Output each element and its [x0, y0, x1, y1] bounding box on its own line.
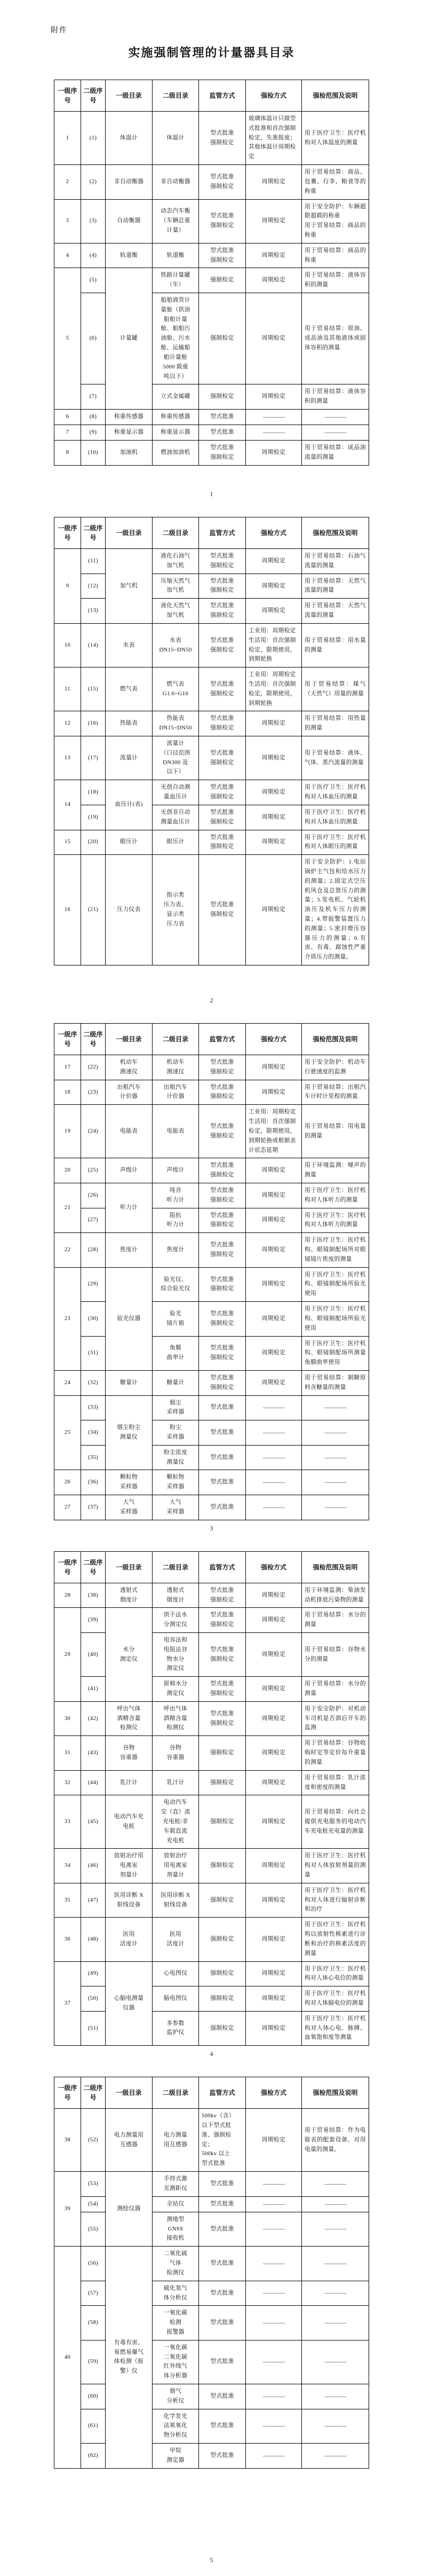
table-cell: 机动车 测速仪 [153, 1055, 199, 1080]
table-cell: (18) [81, 780, 106, 805]
table-cell: 用于贸易结算：水分的测量 [302, 1677, 369, 1702]
table-cell: 21 [54, 1183, 81, 1232]
table-cell: 用于医疗卫生：医疗机构对人体听力的测量 [302, 1208, 369, 1233]
table-cell: ———— [246, 1395, 302, 1420]
table-cell: 透射式 烟度计 [106, 1583, 153, 1608]
table-cell: ———— [302, 2281, 369, 2306]
table-cell: 声级计 [153, 1158, 199, 1183]
table-cell: 20 [54, 1158, 81, 1183]
table-cell: 强制检定 [199, 2011, 246, 2045]
table-cell: 用于医疗卫生：医疗机构对人体眼压的测量 [302, 830, 369, 855]
header-row: 一级序号二级序号一级目录二级目录监管方式强检方式强检范围及说明 [54, 80, 369, 112]
table-cell: ———— [302, 2340, 369, 2384]
table-cell: 用于环境监测：柴油发动机排放污染物的测量 [302, 1583, 369, 1608]
table-cell: 型式批准 强制检定 [199, 1677, 246, 1702]
table-row: (50)脑电图仪强制检定周期检定用于医疗卫生：医疗机构对人体脑电位的测量 [54, 1986, 369, 2012]
table-cell: (56) [81, 2247, 106, 2281]
table-row: 17(22)机动车 测速仪机动车 测速仪型式批准 强制检定周期检定用于安全防护：… [54, 1055, 369, 1080]
table-cell: 型式批准 [199, 2172, 246, 2197]
table-cell: 电容法和 电阻法谷 物水分 测定仪 [153, 1632, 199, 1676]
table-cell: 型式批准 强制检定 [199, 1158, 246, 1183]
table-cell: 自动衡器 [106, 199, 153, 243]
table-cell: 用于医疗卫生：医疗机构对人体脑电位的测量 [302, 1986, 369, 2012]
table-row: 6(8)称重传感器称重传感器型式批准———————— [54, 409, 369, 425]
table-cell: (14) [81, 623, 106, 667]
attachment-label: 附件 [0, 25, 423, 35]
table-cell: 动态汽车衡 （车辆总重 计量） [153, 199, 199, 243]
column-header: 二级目录 [153, 1551, 199, 1583]
table-cell: 16 [54, 855, 81, 965]
table-cell: (35) [81, 1445, 106, 1470]
table-cell: 13 [54, 736, 81, 780]
document: 附件 实施强制管理的计量器具目录 一级序号二级序号一级目录二级目录监管方式强检方… [0, 0, 423, 2572]
table-cell: 型式批准 强制检定 [199, 1183, 246, 1208]
table-row: 10(14)水表水表 DN15~DN50型式批准 强制检定工业用：周期检定 生活… [54, 623, 369, 667]
table-cell: ———— [302, 1495, 369, 1520]
table-cell: (62) [81, 2444, 106, 2469]
table-cell: 体温计 [153, 112, 199, 165]
table-cell: 眼压计 [106, 830, 153, 855]
table-cell: 用于贸易结算：天然气流量的测量 [302, 574, 369, 599]
table-cell: 周期检定 [246, 1701, 302, 1735]
table-row: 32(44)乳汁计乳汁计强制检定周期检定用于贸易结算：乳汁浓度和密度的测量 [54, 1770, 369, 1795]
table-cell: 眼压计 [153, 830, 199, 855]
table-cell: (57) [81, 2281, 106, 2306]
table-cell: 35 [54, 1883, 81, 1917]
table-cell: (22) [81, 1055, 106, 1080]
column-header: 监管方式 [199, 517, 246, 549]
table-cell: 用于医疗卫生：医疗机构对人体血压的测量 [302, 805, 369, 830]
page-number: 4 [0, 2046, 423, 2066]
table-cell: 燃气表 [106, 667, 153, 711]
column-header: 一级序号 [54, 2077, 81, 2109]
table-row: 19(24)电能表电能表型式批准 强制检定工业用：周期检定 生活用：首次强制检定… [54, 1105, 369, 1158]
table-cell: ———— [246, 2281, 302, 2306]
table-cell: 5 [54, 268, 81, 410]
table-cell: 大气 采样器 [153, 1495, 199, 1520]
table-cell: (28) [81, 1233, 106, 1267]
table-cell: ———— [246, 1420, 302, 1446]
table-cell: 用于贸易结算：谷物收购时定等定价每升重量的测量 [302, 1736, 369, 1770]
table-cell: 强制检定 [199, 1770, 246, 1795]
table-cell: 船舶液货计 量舱（供油 船舶计量 舱、船舶污 油舱、污水 舱、运输船 舶计量舱 … [153, 293, 199, 384]
table-cell: ———— [302, 1420, 369, 1446]
table-cell: 型式批准 [199, 1395, 246, 1420]
table-cell: 用于贸易结算：用电量的测量 [302, 1105, 369, 1158]
table-cell: 周期检定 [246, 780, 302, 805]
table-cell: 周期检定 [246, 1883, 302, 1917]
table-cell: ———— [246, 1470, 302, 1495]
table-cell: 心电图仪 [153, 1961, 199, 1986]
table-row: 26(36)颗粒物 采样器颗粒物 采样器型式批准———————— [54, 1470, 369, 1495]
table-cell: 型式批准 强制检定 [199, 599, 246, 624]
table-cell: 型式批准 强制检定 [199, 1370, 246, 1395]
column-header: 二级序号 [81, 517, 106, 549]
table-cell: 型式批准 强制检定 [199, 1055, 246, 1080]
table-cell: 医用诊断 X 射线设备 [106, 1883, 153, 1917]
table-cell: 型式批准 强制检定 [199, 855, 246, 965]
table-cell: (1) [81, 112, 106, 165]
table-row: 9(11)加气机液化石油气 加气机型式批准 强制检定周期检定用于贸易结算：石油气… [54, 549, 369, 574]
table-cell: 周期检定 [246, 1208, 302, 1233]
table-cell: 烟气 分析仪 [153, 2384, 199, 2409]
table-cell: 谷物 容重器 [106, 1736, 153, 1770]
table-cell: 用于医疗卫生：医疗机构对人体放射剂量的测量 [302, 1849, 369, 1883]
column-header: 强检范围及说明 [302, 2077, 369, 2109]
table-cell: (50) [81, 1986, 106, 2012]
table-cell: 加气机 [106, 549, 153, 624]
table-row: 31(43)谷物 容重器谷物 容重器强制检定周期检定用于贸易结算：谷物收购时定等… [54, 1736, 369, 1770]
table-cell: 脑电图仪 [153, 1986, 199, 2012]
table-row: (41)原棉水分 测定仪型式批准 强制检定周期检定用于贸易结算：水分的测量 [54, 1677, 369, 1702]
table-cell: (19) [81, 805, 106, 830]
table-cell: 强制检定 [199, 1795, 246, 1849]
table-cell: 30 [54, 1701, 81, 1735]
table-cell: 用于医疗卫生：医疗机构、眼镜制配场所对眼镜镜片焦度的测量 [302, 1233, 369, 1267]
table-cell: 电动汽车 交（直）流 充电桩/非 车载直流 充电机 [153, 1795, 199, 1849]
column-header: 一级序号 [54, 80, 81, 112]
table-cell: ———— [246, 2172, 302, 2197]
table-cell: 型式批准 强制检定 [199, 667, 246, 711]
table-cell: ———— [246, 2306, 302, 2340]
table-cell: 周期检定 [246, 1302, 302, 1336]
table-cell: 型式批准 强制检定 [199, 1583, 246, 1608]
column-header: 二级目录 [153, 1024, 199, 1055]
page-3: 一级序号二级序号一级目录二级目录监管方式强检方式强检范围及说明17(22)机动车… [0, 1012, 423, 1541]
table-cell: ———— [246, 2409, 302, 2443]
table-cell: (37) [81, 1495, 106, 1520]
table-cell: 周期检定 [246, 1608, 302, 1633]
table-cell: (3) [81, 199, 106, 243]
table-cell: 颗粒物 采样器 [106, 1470, 153, 1495]
table-cell: 无创非自动 测量血压计 [153, 805, 199, 830]
table-cell: ———— [246, 2196, 302, 2212]
table-cell: 测绘仪器 [106, 2172, 153, 2247]
column-header: 二级目录 [153, 2077, 199, 2109]
table-cell: (30) [81, 1302, 106, 1336]
catalog-table: 一级序号二级序号一级目录二级目录监管方式强检方式强检范围及说明9(11)加气机液… [54, 517, 369, 965]
table-cell: 周期检定 [246, 1918, 302, 1961]
table-cell: 28 [54, 1583, 81, 1608]
column-header: 监管方式 [199, 80, 246, 112]
table-cell: (40) [81, 1632, 106, 1676]
table-cell: 轨道衡 [153, 243, 199, 268]
table-cell: 粉尘浓度 测量仪 [153, 1445, 199, 1470]
table-cell: 周期检定 [246, 268, 302, 293]
catalog-table: 一级序号二级序号一级目录二级目录监管方式强检方式强检范围及说明28(38)透射式… [54, 1551, 369, 2046]
catalog-table: 一级序号二级序号一级目录二级目录监管方式强检方式强检范围及说明17(22)机动车… [54, 1023, 369, 1520]
table-cell: 34 [54, 1849, 81, 1883]
table-cell: (26) [81, 1183, 106, 1208]
table-row: (61)化学发光 法氮氧化 物分析仪型式批准———————— [54, 2409, 369, 2443]
table-row: (40)电容法和 电阻法谷 物水分 测定仪型式批准 强制检定周期检定用于贸易结算… [54, 1632, 369, 1676]
column-header: 二级序号 [81, 80, 106, 112]
header-row: 一级序号二级序号一级目录二级目录监管方式强检方式强检范围及说明 [54, 1551, 369, 1583]
page-number: 1 [0, 486, 423, 506]
table-cell: 手持式激 光测距仪 [153, 2172, 199, 2197]
column-header: 一级序号 [54, 517, 81, 549]
table-row: 40(56)有毒有害、 易燃易爆气 体检测（报 警）仪二氧化硫 气体 检测仪型式… [54, 2247, 369, 2281]
table-cell: 型式批准 强制检定 [199, 830, 246, 855]
table-cell: 指示类 压力表、 显示类 压力表 [153, 855, 199, 965]
table-cell: 26 [54, 1470, 81, 1495]
table-row: 38(52)电力测量用 互感器电力测量 用互感器500kv（含） 以下型式批 准… [54, 2109, 369, 2172]
page-title: 实施强制管理的计量器具目录 [0, 44, 423, 60]
table-cell: ———— [302, 2306, 369, 2340]
table-cell: 电动汽车充 电桩 [106, 1795, 153, 1849]
table-cell: ———— [302, 2384, 369, 2409]
table-cell: 呼出气体 酒精含量 检测仪 [153, 1701, 199, 1735]
table-cell: (11) [81, 549, 106, 574]
table-cell: 型式批准 强制检定 [199, 165, 246, 199]
table-cell: 强制检定 [199, 1883, 246, 1917]
table-row: 18(23)出租汽车 计价器出租汽车 计价器型式批准 强制检定周期检定用于贸易结… [54, 1080, 369, 1105]
table-cell: 称重显示器 [106, 425, 153, 441]
table-cell: 心脑电测量 仪器 [106, 1961, 153, 2046]
table-cell: 强制检定 [199, 1736, 246, 1770]
column-header: 强检范围及说明 [302, 1551, 369, 1583]
table-cell: 用于贸易结算：液体容积的测量 [302, 268, 369, 293]
table-cell: 烟尘 采样器 [153, 1395, 199, 1420]
table-cell: 热能表 [106, 711, 153, 736]
column-header: 二级目录 [153, 80, 199, 112]
table-cell: 全站仪 [153, 2196, 199, 2212]
table-cell: (60) [81, 2384, 106, 2409]
table-cell: 压力仪表 [106, 855, 153, 965]
table-row: 14(18)血压计(表)无创自动测 量血压计型式批准 强制检定周期检定用于医疗卫… [54, 780, 369, 805]
table-row: 12(16)热能表热能表 DN15~DN50型式批准 强制检定周期检定用于贸易结… [54, 711, 369, 736]
table-cell: 周期检定 [246, 2109, 302, 2172]
table-row: 8(10)加油机燃油加油机型式批准 强制检定周期检定用于贸易结算：成品油流量的测… [54, 441, 369, 466]
table-cell: 型式批准 强制检定 [199, 1632, 246, 1676]
table-cell: (61) [81, 2409, 106, 2443]
table-cell: ———— [302, 2409, 369, 2443]
table-cell: ———— [246, 2212, 302, 2246]
table-cell: 用于安全防护：机动车行驶速度的监测 [302, 1055, 369, 1080]
table-cell: (21) [81, 855, 106, 965]
table-cell: (54) [81, 2196, 106, 2212]
table-cell: 用于医疗卫生：医疗机构以放射性核素进行诊断和治疗的核素活度的测量 [302, 1918, 369, 1961]
table-cell: (42) [81, 1701, 106, 1735]
table-cell: 型式批准 [199, 2196, 246, 2212]
table-row: 11(15)燃气表燃气表 G1.6~G16型式批准 强制检定工业用：周期检定 生… [54, 667, 369, 711]
table-cell: ———— [302, 2172, 369, 2197]
table-cell: 称重显示器 [153, 425, 199, 441]
table-cell: 周期检定 [246, 243, 302, 268]
table-cell: (43) [81, 1736, 106, 1770]
table-cell: 焦度计 [153, 1233, 199, 1267]
column-header: 强检方式 [246, 80, 302, 112]
table-cell: 型式批准 [199, 1445, 246, 1470]
column-header: 强检方式 [246, 517, 302, 549]
table-cell: 燃气表 G1.6~G16 [153, 667, 199, 711]
table-cell: 声级计 [106, 1158, 153, 1183]
table-cell: 4 [54, 243, 81, 268]
table-cell: 用于医疗卫生：医疗机构对人体血压的测量 [302, 780, 369, 805]
table-cell: 燃油加油机 [153, 441, 199, 466]
table-row: 25(33)烟尘粉尘 测量仪烟尘 采样器型式批准———————— [54, 1395, 369, 1420]
table-cell: 玻璃体温计只做型式批准和首次强制检定，失准报废；其他体温计周期检定 [246, 112, 302, 165]
table-cell: 周期检定 [246, 1336, 302, 1370]
table-cell: 计量罐 [106, 268, 153, 410]
table-cell: 40 [54, 2247, 81, 2468]
table-cell: 周期检定 [246, 549, 302, 574]
column-header: 一级序号 [54, 1024, 81, 1055]
table-cell: (7) [81, 384, 106, 410]
table-cell: 化学发光 法氮氧化 物分析仪 [153, 2409, 199, 2443]
table-cell: 500kv（含） 以下型式批 准、强制检 定； 500kv 以上 型式批准 [199, 2109, 246, 2172]
table-cell: 烟尘粉尘 测量仪 [106, 1395, 153, 1470]
table-cell: 乳汁计 [106, 1770, 153, 1795]
table-cell: 用于贸易结算：用热量的测量 [302, 711, 369, 736]
table-cell: 水分 测定仪 [106, 1608, 153, 1702]
table-cell: 周期检定 [246, 1183, 302, 1208]
table-row: 30(42)呼出气体 酒精含量 检测仪呼出气体 酒精含量 检测仪型式批准 强制检… [54, 1701, 369, 1735]
table-row: (34)粉尘 采样器型式批准———————— [54, 1420, 369, 1446]
table-cell: 强制检定 [199, 1961, 246, 1986]
table-cell: (48) [81, 1918, 106, 1961]
table-cell: 周期检定 [246, 2011, 302, 2045]
table-cell: 用于安全防护：1.电站锅炉主气包和给水压力的测量；2.固定式空压机风仓及总管压力… [302, 855, 369, 965]
table-row: 22(28)焦度计焦度计型式批准 强制检定周期检定用于医疗卫生：医疗机构、眼镜制… [54, 1233, 369, 1267]
catalog-table: 一级序号二级序号一级目录二级目录监管方式强检方式强检范围及说明1(1)体温计体温… [54, 80, 369, 466]
table-cell: 用于环境监测：噪声的测量 [302, 1158, 369, 1183]
table-cell: 周期检定 [246, 1632, 302, 1676]
column-header: 一级目录 [106, 1551, 153, 1583]
table-row: 23(29)验光仪器验光仪、 综合验光仪型式批准 强制检定周期检定用于医疗卫生：… [54, 1267, 369, 1301]
table-cell: (6) [81, 293, 106, 384]
table-cell: 乳汁计 [153, 1770, 199, 1795]
table-cell: 周期检定 [246, 1961, 302, 1986]
table-row: 34(46)放射治疗用 电离室 剂量计放射治疗 用电离室 剂量计强制检定周期检定… [54, 1849, 369, 1883]
table-cell: 周期检定 [246, 1267, 302, 1301]
table-cell: 周期检定 [246, 830, 302, 855]
table-cell: 验光仪、 综合验光仪 [153, 1267, 199, 1301]
table-cell: (16) [81, 711, 106, 736]
table-cell: 用于医疗卫生：医疗机构对人体心电、脉搏、血氧饱和度等测量 [302, 2011, 369, 2045]
table-cell: 型式批准 强制检定 [199, 243, 246, 268]
table-cell: (47) [81, 1883, 106, 1917]
table-cell: 周期检定 [246, 1795, 302, 1849]
table-cell: 强制检定 [199, 1986, 246, 2012]
table-row: 1(1)体温计体温计型式批准 强制检定玻璃体温计只做型式批准和首次强制检定，失准… [54, 112, 369, 165]
table-cell: 6 [54, 409, 81, 425]
table-cell: 用于安全防护：车辆超限超载的称重 用于贸易结算：商品的称重 [302, 199, 369, 243]
table-cell: 用于医疗卫生：医疗机构对人体进行辐射诊断和治疗 [302, 1883, 369, 1917]
page-4: 一级序号二级序号一级目录二级目录监管方式强检方式强检范围及说明28(38)透射式… [0, 1541, 423, 2067]
table-cell: (39) [81, 1608, 106, 1633]
table-cell: 9 [54, 549, 81, 624]
table-cell: 型式批准 强制检定 [199, 112, 246, 165]
page-5: 一级序号二级序号一级目录二级目录监管方式强检方式强检范围及说明38(52)电力测… [0, 2066, 423, 2572]
table-row: 24(32)糖量计糖量计型式批准 强制检定周期检定用于贸易结算：制糖原料含糖量的… [54, 1370, 369, 1395]
table-cell: (46) [81, 1849, 106, 1883]
table-cell: 粉尘 采样器 [153, 1420, 199, 1446]
table-cell: 型式批准 强制检定 [199, 549, 246, 574]
table-cell: 周期检定 [246, 1158, 302, 1183]
table-row: (59)一氧化碳 二氧化碳 红外线气 体分析器型式批准———————— [54, 2340, 369, 2384]
table-cell: 27 [54, 1495, 81, 1520]
column-header: 二级序号 [81, 2077, 106, 2109]
column-header: 监管方式 [199, 2077, 246, 2109]
table-cell: ———— [302, 1395, 369, 1420]
table-cell: 周期检定 [246, 1677, 302, 1702]
table-cell: 周期检定 [246, 1849, 302, 1883]
table-cell: 24 [54, 1370, 81, 1395]
page-number: 5 [0, 2552, 423, 2572]
table-cell: 型式批准 [199, 1470, 246, 1495]
table-cell: 测地型 GNSS 接收机 [153, 2212, 199, 2246]
table-cell: 型式批准 强制检定 [199, 1105, 246, 1158]
table-cell: 8 [54, 441, 81, 466]
table-cell: 电能表 [106, 1105, 153, 1158]
table-cell: 周期检定 [246, 736, 302, 780]
column-header: 一级目录 [106, 1024, 153, 1055]
table-cell: (55) [81, 2212, 106, 2246]
table-cell: 型式批准 [199, 1495, 246, 1520]
table-cell: 糖量计 [153, 1370, 199, 1395]
table-cell: (38) [81, 1583, 106, 1608]
column-header: 一级目录 [106, 2077, 153, 2109]
table-row: 16(21)压力仪表指示类 压力表、 显示类 压力表型式批准 强制检定周期检定用… [54, 855, 369, 965]
table-cell: 型式批准 强制检定 [199, 441, 246, 466]
table-cell: 医用诊断 X 射线设备 [153, 1883, 199, 1917]
table-cell: ———— [302, 2444, 369, 2469]
table-cell: ———— [246, 425, 302, 441]
table-cell: 型式批准 强制检定 [199, 1701, 246, 1735]
table-cell: 验光仪器 [106, 1267, 153, 1370]
table-row: (58)一氧化碳 检测 报警器型式批准———————— [54, 2306, 369, 2340]
table-cell: (17) [81, 736, 106, 780]
table-cell: 机动车 测速仪 [106, 1055, 153, 1080]
table-cell: 22 [54, 1233, 81, 1267]
table-cell: 用于医疗卫生：医疗机构、眼镜制配场所验光使用 [302, 1302, 369, 1336]
table-cell: 立式金属罐 [153, 384, 199, 410]
table-cell: 甲烷 测定器 [153, 2444, 199, 2469]
table-cell: (13) [81, 599, 106, 624]
table-cell: 型式批准 [199, 2384, 246, 2409]
table-row: 7(9)称重显示器称重显示器型式批准———————— [54, 425, 369, 441]
table-cell: 强制检定 [199, 268, 246, 293]
table-cell: 焦度计 [106, 1233, 153, 1267]
table-cell: 呼出气体 酒精含量 检测仪 [106, 1701, 153, 1735]
table-cell: 烘干法水 分测定仪 [153, 1608, 199, 1633]
table-cell: 12 [54, 711, 81, 736]
table-cell: 强制检定 [199, 293, 246, 384]
table-row: (12)压缩天然气 加气机型式批准 强制检定周期检定用于贸易结算：天然气流量的测… [54, 574, 369, 599]
table-row: (19)无创非自动 测量血压计型式批准 强制检定周期检定用于医疗卫生：医疗机构对… [54, 805, 369, 830]
table-cell: 有毒有害、 易燃易爆气 体检测（报 警）仪 [106, 2247, 153, 2468]
table-cell: 型式批准 强制检定 [199, 1608, 246, 1633]
table-row: (13)液化天然气 加气机型式批准 强制检定周期检定用于贸易结算：天然气流量的测… [54, 599, 369, 624]
table-cell: 阻抗 听力计 [153, 1208, 199, 1233]
table-cell: (33) [81, 1395, 106, 1420]
table-cell: 水表 DN15~DN50 [153, 623, 199, 667]
table-cell: 非自动衡器 [153, 165, 199, 199]
table-cell: 二氧化硫 气体 检测仪 [153, 2247, 199, 2281]
page-1: 附件 实施强制管理的计量器具目录 一级序号二级序号一级目录二级目录监管方式强检方… [0, 0, 423, 506]
table-cell: 31 [54, 1736, 81, 1770]
table-cell: 用于贸易结算：出租汽车计时计里程的测量 [302, 1080, 369, 1105]
table-cell: 周期检定 [246, 293, 302, 384]
table-row: (35)粉尘浓度 测量仪型式批准———————— [54, 1445, 369, 1470]
table-cell: 型式批准 强制检定 [199, 780, 246, 805]
table-cell: 强制检定 [199, 1918, 246, 1961]
table-cell: 液化天然气 加气机 [153, 599, 199, 624]
table-cell: ———— [302, 1445, 369, 1470]
table-cell: 用于贸易结算：用水量的测量 [302, 623, 369, 667]
table-row: 3(3)自动衡器动态汽车衡 （车辆总重 计量）型式批准 强制检定周期检定用于安全… [54, 199, 369, 243]
